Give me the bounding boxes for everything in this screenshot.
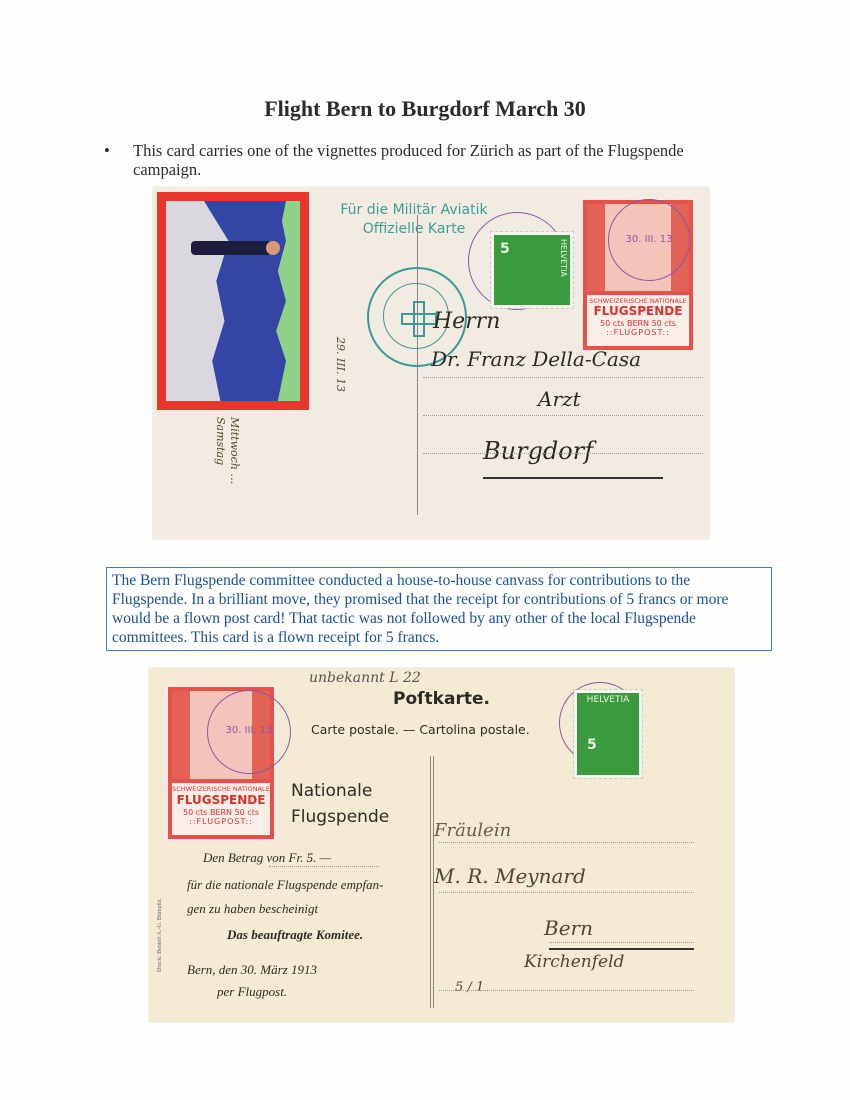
address-line3: Arzt — [538, 387, 581, 411]
receipt-line3: gen zu haben bescheinigt — [187, 901, 318, 917]
handwritten-message: Mittwoch … Samstag — [213, 417, 241, 527]
stamp-country: HELVETIA — [577, 695, 639, 705]
postcard-bern-receipt: SCHWEIZERISCHE NATIONALE FLUGSPENDE 50 c… — [149, 668, 734, 1022]
note-box: The Bern Flugspende committee conducted … — [106, 567, 772, 651]
amount-rule — [269, 866, 379, 867]
postmark-on-vignette: 30. III. 13 — [608, 199, 690, 281]
card-subtitle: Carte postale. — Cartolina postale. — [311, 722, 530, 737]
address-line3: Bern — [544, 916, 593, 940]
heading-line2: Flugspende — [291, 804, 389, 830]
address-rule — [549, 942, 694, 943]
postcard-zurich-vignette: Für die Militär Aviatik Offizielle Karte… — [153, 187, 709, 539]
vignette-line3: 50 cts BERN 50 cts — [587, 319, 689, 328]
postmark-date: 30. III. 13 — [208, 725, 290, 736]
header-line2: Offizielle Karte — [339, 220, 489, 239]
address-line1: Fräulein — [434, 820, 511, 841]
address-rule — [423, 415, 703, 416]
address-rule — [439, 892, 694, 893]
address-rule — [423, 377, 703, 378]
address-line2: Dr. Franz Della-Casa — [431, 347, 641, 371]
receipt-line5: Bern, den 30. März 1913 — [187, 962, 317, 978]
address-rule — [423, 453, 703, 454]
page-title: Flight Bern to Burgdorf March 30 — [0, 96, 850, 122]
vignette-line4: ::FLUGPOST:: — [172, 817, 270, 826]
card-title: Poſtkarte. — [393, 689, 490, 709]
address-rule — [439, 990, 694, 991]
address-rule — [439, 842, 694, 843]
receipt-line1: Den Betrag von Fr. 5. — — [203, 850, 331, 866]
handwritten-number: 5 / 1 — [455, 980, 484, 995]
postmark-date: 30. III. 13 — [609, 234, 689, 245]
receipt-line2: für die nationale Flugspende empfan- — [187, 877, 383, 893]
vignette-line3: 50 cts BERN 50 cts — [172, 808, 270, 817]
heading-line1: Nationale — [291, 778, 389, 804]
printer-imprint: Druck: Benteli A.-G. Bümpliz. — [157, 898, 163, 972]
card-header: Für die Militär Aviatik Offizielle Karte — [339, 201, 489, 239]
underline — [483, 477, 663, 479]
zurich-vignette-soldier-image — [157, 192, 309, 410]
card-heading: Nationale Flugspende — [291, 778, 389, 830]
address-line4: Burgdorf — [483, 437, 593, 465]
helvetia-5c-stamp: HELVETIA 5 — [574, 690, 642, 778]
message-date: 29. III. 13 — [333, 337, 347, 517]
address-line4: Kirchenfeld — [524, 952, 624, 972]
receipt-line6: per Flugpost. — [217, 984, 287, 1000]
address-line1: Herrn — [433, 309, 500, 334]
receipt-line4: Das beauftragte Komitee. — [227, 927, 363, 943]
address-line2: M. R. Meynard — [434, 864, 586, 888]
stamp-value: 5 — [500, 241, 510, 257]
vignette-line2: FLUGSPENDE — [587, 305, 689, 319]
vignette-line4: ::FLUGPOST:: — [587, 328, 689, 337]
bullet-icon: • — [104, 141, 110, 160]
vignette-line2: FLUGSPENDE — [172, 794, 270, 808]
postmark-stamp: 30. III. 13 — [207, 690, 291, 774]
helvetia-5c-stamp: 5 HELVETIA — [491, 232, 573, 308]
underline — [549, 948, 694, 950]
stamp-country: HELVETIA — [559, 239, 568, 277]
header-line1: Für die Militär Aviatik — [339, 201, 489, 220]
handwritten-annotation: unbekannt L 22 — [309, 670, 421, 686]
bullet-text: This card carries one of the vignettes p… — [133, 141, 723, 179]
stamp-value: 5 — [587, 737, 597, 753]
